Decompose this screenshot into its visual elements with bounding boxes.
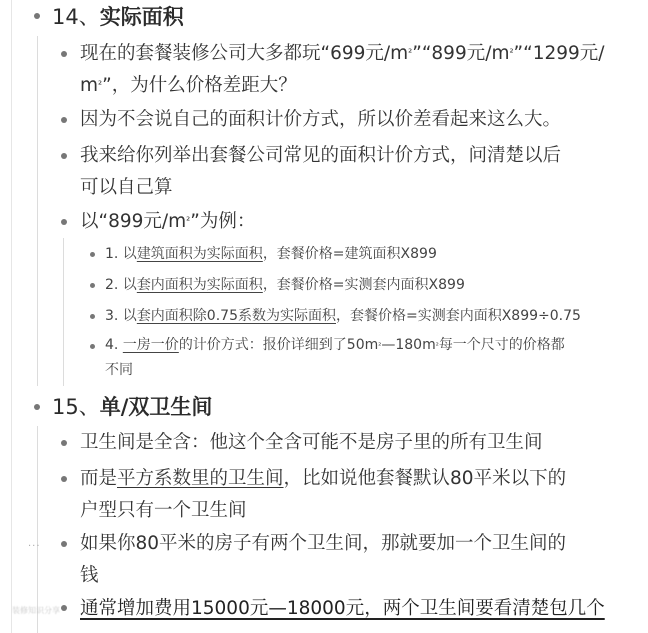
list-item[interactable]: 我来给你列举出套餐公司常见的面积计价方式，问清楚以后 可以自己算: [80, 140, 561, 204]
sub-list-item[interactable]: 1. 以建筑面积为实际面积，套餐价格=建筑面积X899: [105, 242, 437, 267]
watermark: 装修知识分享: [12, 605, 60, 616]
item-text: 可以自己算: [80, 177, 173, 198]
item-text: ，套餐价格=建筑面积X899: [263, 246, 437, 262]
outline-guide-line: [63, 238, 64, 386]
list-item[interactable]: 卫生间是全含：他这个全含可能不是房子里的所有卫生间: [80, 427, 543, 459]
section-heading-14[interactable]: 14、实际面积: [52, 3, 184, 31]
list-item[interactable]: 如果你80平米的房子有两个卫生间，那就要加一个卫生间的 钱: [80, 528, 566, 592]
item-text: 卫生间是全含：他这个全含可能不是房子里的所有卫生间: [80, 432, 543, 453]
item-text: ”“1299元/: [514, 43, 605, 64]
more-options-icon[interactable]: ···: [28, 541, 41, 552]
bullet-dot: [61, 153, 67, 159]
bullet-dot: [90, 344, 95, 349]
bullet-dot: [61, 440, 67, 446]
heading-text: 实际面积: [100, 5, 184, 29]
bullet-dot: [90, 252, 95, 257]
bullet-dot: [34, 13, 40, 19]
underlined-text: 平方系数里的卫生间: [117, 468, 284, 489]
underlined-text: 套内面积为实际面积: [137, 277, 263, 293]
item-text: 以“899元/m: [80, 211, 186, 232]
bullet-dot: [61, 541, 67, 547]
underlined-text: 建筑面积为实际面积: [137, 246, 263, 262]
list-item[interactable]: 通常增加费用15000元—18000元，两个卫生间要看清楚包几个: [80, 593, 605, 625]
item-text: 1. 以: [105, 246, 137, 262]
item-text: 现在的套餐装修公司大多都玩“699元/m: [80, 43, 408, 64]
underlined-text: 通常增加费用15000元—18000元，两个卫生间要看清楚包几个: [80, 598, 605, 619]
section-heading-15[interactable]: 15、单/双卫生间: [52, 393, 212, 421]
heading-number: 15、: [52, 395, 100, 419]
bullet-dot: [61, 51, 67, 57]
item-text: 不同: [105, 362, 133, 378]
sub-list-item[interactable]: 2. 以套内面积为实际面积，套餐价格=实测套内面积X899: [105, 273, 465, 298]
item-text: ，套餐价格=实测套内面积X899÷0.75: [336, 308, 581, 324]
item-text: 3. 以: [105, 308, 137, 324]
item-text: 的计价方式：报价详细到了50m: [179, 337, 378, 353]
item-text: 而是: [80, 468, 117, 489]
page-left-border: [11, 0, 12, 633]
heading-number: 14、: [52, 5, 100, 29]
underlined-text: 一房一价: [123, 337, 179, 353]
underlined-text: 套内面积除0.75系数为实际面积: [137, 308, 336, 324]
bullet-dot: [61, 476, 67, 482]
bullet-dot: [90, 283, 95, 288]
bullet-dot: [34, 404, 40, 410]
item-text: m: [80, 75, 98, 96]
outline-guide-line: [37, 36, 38, 386]
item-text: 钱: [80, 565, 99, 586]
item-text: 如果你80平米的房子有两个卫生间，那就要加一个卫生间的: [80, 533, 566, 554]
item-text: 我来给你列举出套餐公司常见的面积计价方式，问清楚以后: [80, 145, 561, 166]
item-text: ，套餐价格=实测套内面积X899: [263, 277, 465, 293]
bullet-dot: [61, 605, 67, 611]
bullet-dot: [61, 117, 67, 123]
item-text: 户型只有一个卫生间: [80, 500, 247, 521]
item-text: 因为不会说自己的面积计价方式，所以价差看起来这么大。: [80, 109, 561, 130]
heading-text: 单/双卫生间: [100, 395, 213, 419]
item-text: 2. 以: [105, 277, 137, 293]
item-text: 每一个尺寸的价格都: [439, 337, 565, 353]
list-item[interactable]: 现在的套餐装修公司大多都玩“699元/m²”“899元/m²”“1299元/ m…: [80, 38, 625, 102]
list-item[interactable]: 因为不会说自己的面积计价方式，所以价差看起来这么大。: [80, 104, 561, 136]
item-text: ”为例：: [190, 211, 255, 232]
bullet-dot: [61, 219, 67, 225]
outline-guide-line: [37, 426, 38, 633]
sub-list-item[interactable]: 3. 以套内面积除0.75系数为实际面积，套餐价格=实测套内面积X899÷0.7…: [105, 304, 581, 329]
item-text: —180m: [381, 337, 435, 353]
item-text: ”“899元/m: [412, 43, 509, 64]
sub-list-item[interactable]: 4. 一房一价的计价方式：报价详细到了50m²—180m²每一个尺寸的价格都 不…: [105, 333, 565, 383]
list-item[interactable]: 以“899元/m²”为例：: [80, 206, 255, 238]
bullet-dot: [90, 314, 95, 319]
list-item[interactable]: 而是平方系数里的卫生间，比如说他套餐默认80平米以下的 户型只有一个卫生间: [80, 463, 566, 527]
item-text: 4.: [105, 337, 123, 353]
item-text: ”，为什么价格差距大？: [102, 75, 297, 96]
item-text: ，比如说他套餐默认80平米以下的: [284, 468, 567, 489]
